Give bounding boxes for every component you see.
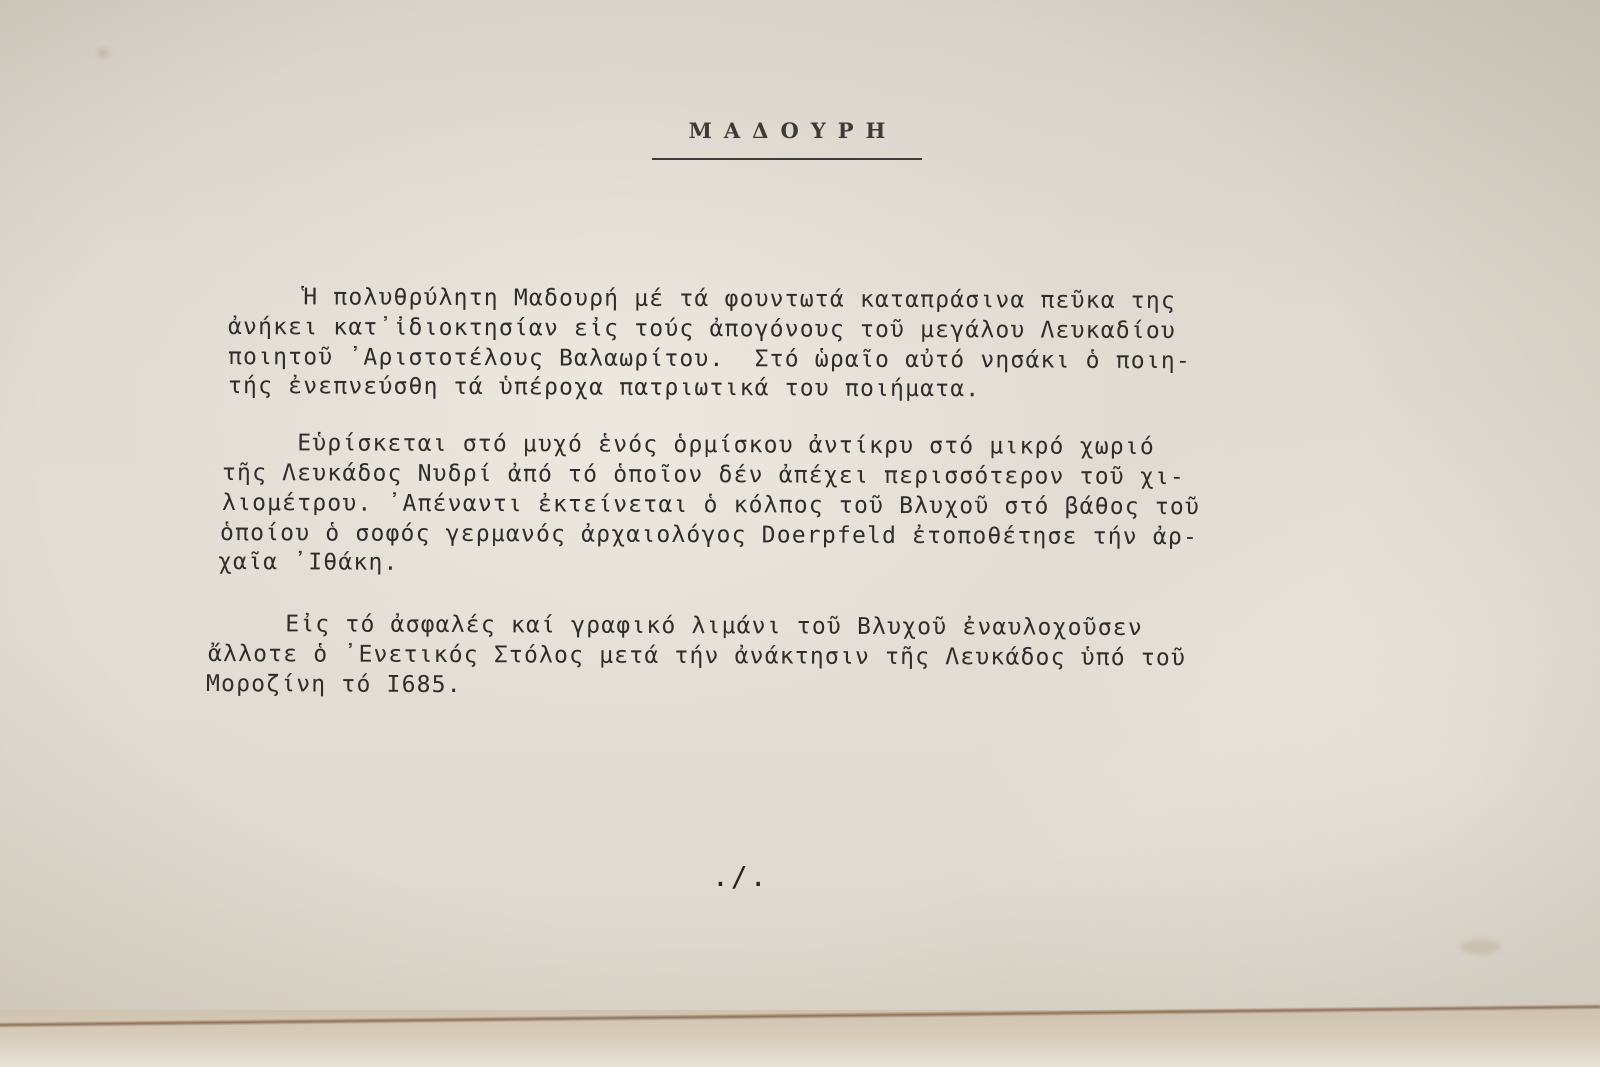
paragraph-1-line-1: Ἡ πολυθρύλητη Μαδουρή μέ τά φουντωτά κατ…	[228, 284, 1176, 314]
paragraph-1-line-3: ποιητοῦ ᾽Αριστοτέλους Βαλαωρίτου. Στό ὡρ…	[228, 344, 1191, 374]
paragraph-3-line-3: Μοροζίνη τό Ι685.	[206, 671, 462, 698]
paragraph-1-line-4: τής ἐνεπνεύσθη τά ὑπέροχα πατριωτικά του…	[228, 373, 980, 402]
paragraph-2-line-4: ὁποίου ὁ σοφός γερμανός ἀρχαιολόγος Doer…	[220, 520, 1198, 550]
paper-stain	[98, 48, 108, 58]
paragraph-2-line-2: τῆς Λευκάδος Νυδρί ἀπό τό ὁποῖον δέν ἀπέ…	[222, 460, 1185, 490]
document-title: ΜΑΔΟΥΡΗ	[652, 118, 922, 143]
paper-stain	[1460, 940, 1500, 954]
paragraph-2-line-5: χαῖα ᾽Ιθάκη.	[218, 549, 399, 576]
paragraph-2-line-1: Εὑρίσκεται στό μυχό ἑνός ὁρμίσκου ἀντίκρ…	[222, 430, 1155, 460]
page-continuation-mark: ./.	[712, 860, 769, 893]
paragraph-1-line-2: ἀνήκει κατ᾽ἰδιοκτησίαν εἰς τούς ἀπογόνου…	[228, 314, 1176, 344]
paragraph-3-line-2: ἄλλοτε ὁ ᾽Ενετικός Στόλος μετά τήν ἀνάκτ…	[208, 641, 1186, 671]
title-underline	[652, 158, 922, 160]
paper-page: ΜΑΔΟΥΡΗ Ἡ πολυθρύλητη Μαδουρή μέ τά φουν…	[0, 0, 1600, 1067]
paragraph-2-line-3: λιομέτρου. ᾽Απέναντι ἐκτείνεται ὁ κόλπος…	[222, 490, 1200, 520]
paragraph-3-line-1: Εἰς τό ἀσφαλές καί γραφικό λιμάνι τοῦ Βλ…	[210, 611, 1143, 641]
